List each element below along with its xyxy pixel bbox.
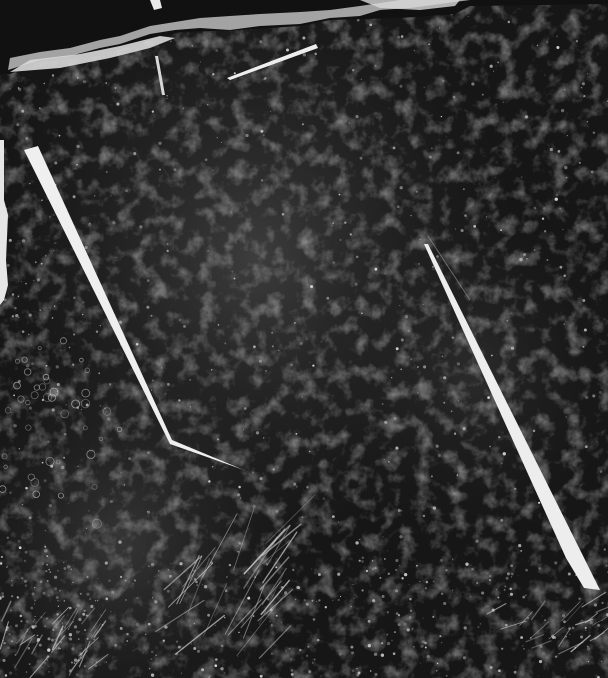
speckle-texture [0, 0, 608, 678]
artwork-canvas [0, 0, 608, 678]
abstract-artwork [0, 0, 608, 678]
